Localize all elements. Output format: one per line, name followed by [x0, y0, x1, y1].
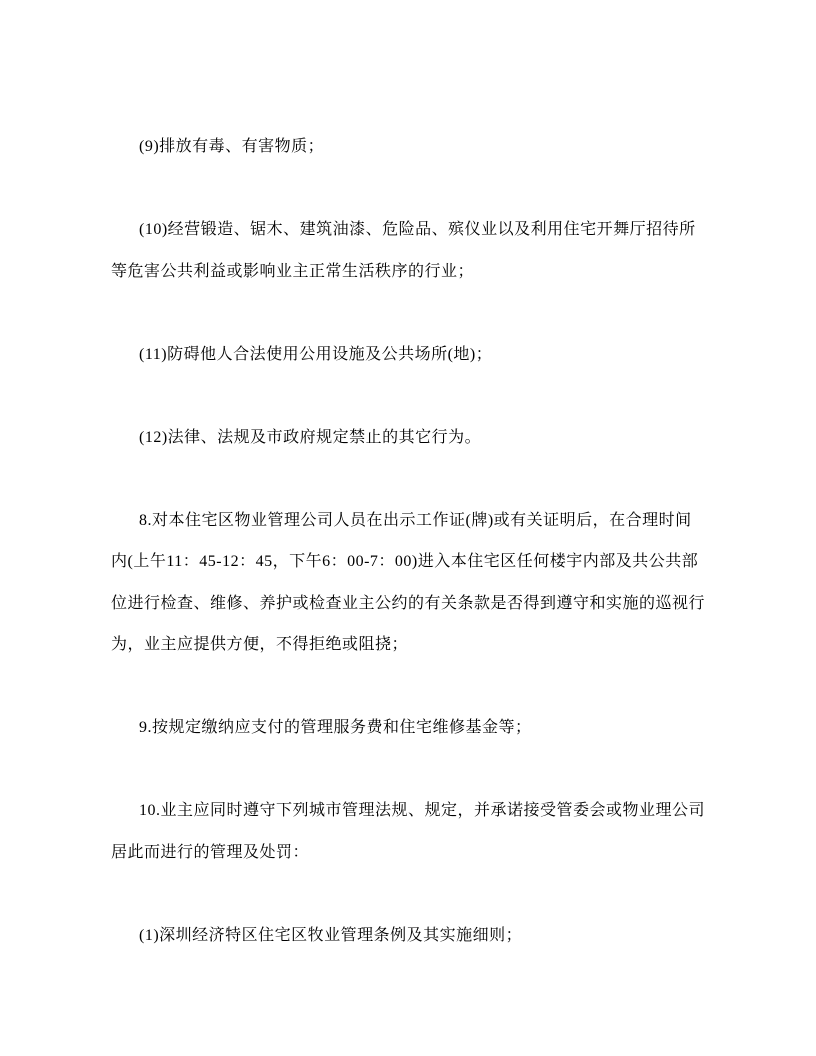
document-page: (9)排放有毒、有害物质； (10)经营锻造、锯木、建筑油漆、危险品、殡仪业以及…: [0, 0, 816, 1056]
paragraph-line: (11)防碍他人合法使用公用设施及公共场所(地)；: [111, 334, 705, 376]
paragraph-clause-8: 8.对本住宅区物业管理公司人员在出示工作证(牌)或有关证明后，在合理时间 内(上…: [111, 500, 705, 666]
paragraph-line: (10)经营锻造、锯木、建筑油漆、危险品、殡仪业以及利用住宅开舞厅招待所: [111, 209, 705, 251]
paragraph-line: 为，业主应提供方便，不得拒绝或阻挠；: [111, 624, 705, 666]
paragraph-item-12: (12)法律、法规及市政府规定禁止的其它行为。: [111, 417, 705, 459]
paragraph-line: 内(上午11：45-12：45，下午6：00-7：00)进入本住宅区任何楼宇内部…: [111, 541, 705, 583]
paragraph-line: (1)深圳经济特区住宅区牧业管理条例及其实施细则；: [111, 915, 705, 957]
paragraph-line: 等危害公共利益或影响业主正常生活秩序的行业；: [111, 251, 705, 293]
paragraph-line: (9)排放有毒、有害物质；: [111, 126, 705, 168]
paragraph-clause-9: 9.按规定缴纳应支付的管理服务费和住宅维修基金等；: [111, 707, 705, 749]
paragraph-item-9: (9)排放有毒、有害物质；: [111, 126, 705, 168]
paragraph-subitem-1: (1)深圳经济特区住宅区牧业管理条例及其实施细则；: [111, 915, 705, 957]
paragraph-item-10: (10)经营锻造、锯木、建筑油漆、危险品、殡仪业以及利用住宅开舞厅招待所 等危害…: [111, 209, 705, 292]
paragraph-line: (12)法律、法规及市政府规定禁止的其它行为。: [111, 417, 705, 459]
paragraph-line: 10.业主应同时遵守下列城市管理法规、规定，并承诺接受管委会或物业理公司: [111, 790, 705, 832]
document-body: (9)排放有毒、有害物质； (10)经营锻造、锯木、建筑油漆、危险品、殡仪业以及…: [111, 126, 705, 956]
paragraph-line: 8.对本住宅区物业管理公司人员在出示工作证(牌)或有关证明后，在合理时间: [111, 500, 705, 542]
paragraph-clause-10: 10.业主应同时遵守下列城市管理法规、规定，并承诺接受管委会或物业理公司 居此而…: [111, 790, 705, 873]
paragraph-item-11: (11)防碍他人合法使用公用设施及公共场所(地)；: [111, 334, 705, 376]
paragraph-line: 9.按规定缴纳应支付的管理服务费和住宅维修基金等；: [111, 707, 705, 749]
paragraph-line: 位进行检查、维修、养护或检查业主公约的有关条款是否得到遵守和实施的巡视行: [111, 583, 705, 625]
paragraph-line: 居此而进行的管理及处罚：: [111, 832, 705, 874]
